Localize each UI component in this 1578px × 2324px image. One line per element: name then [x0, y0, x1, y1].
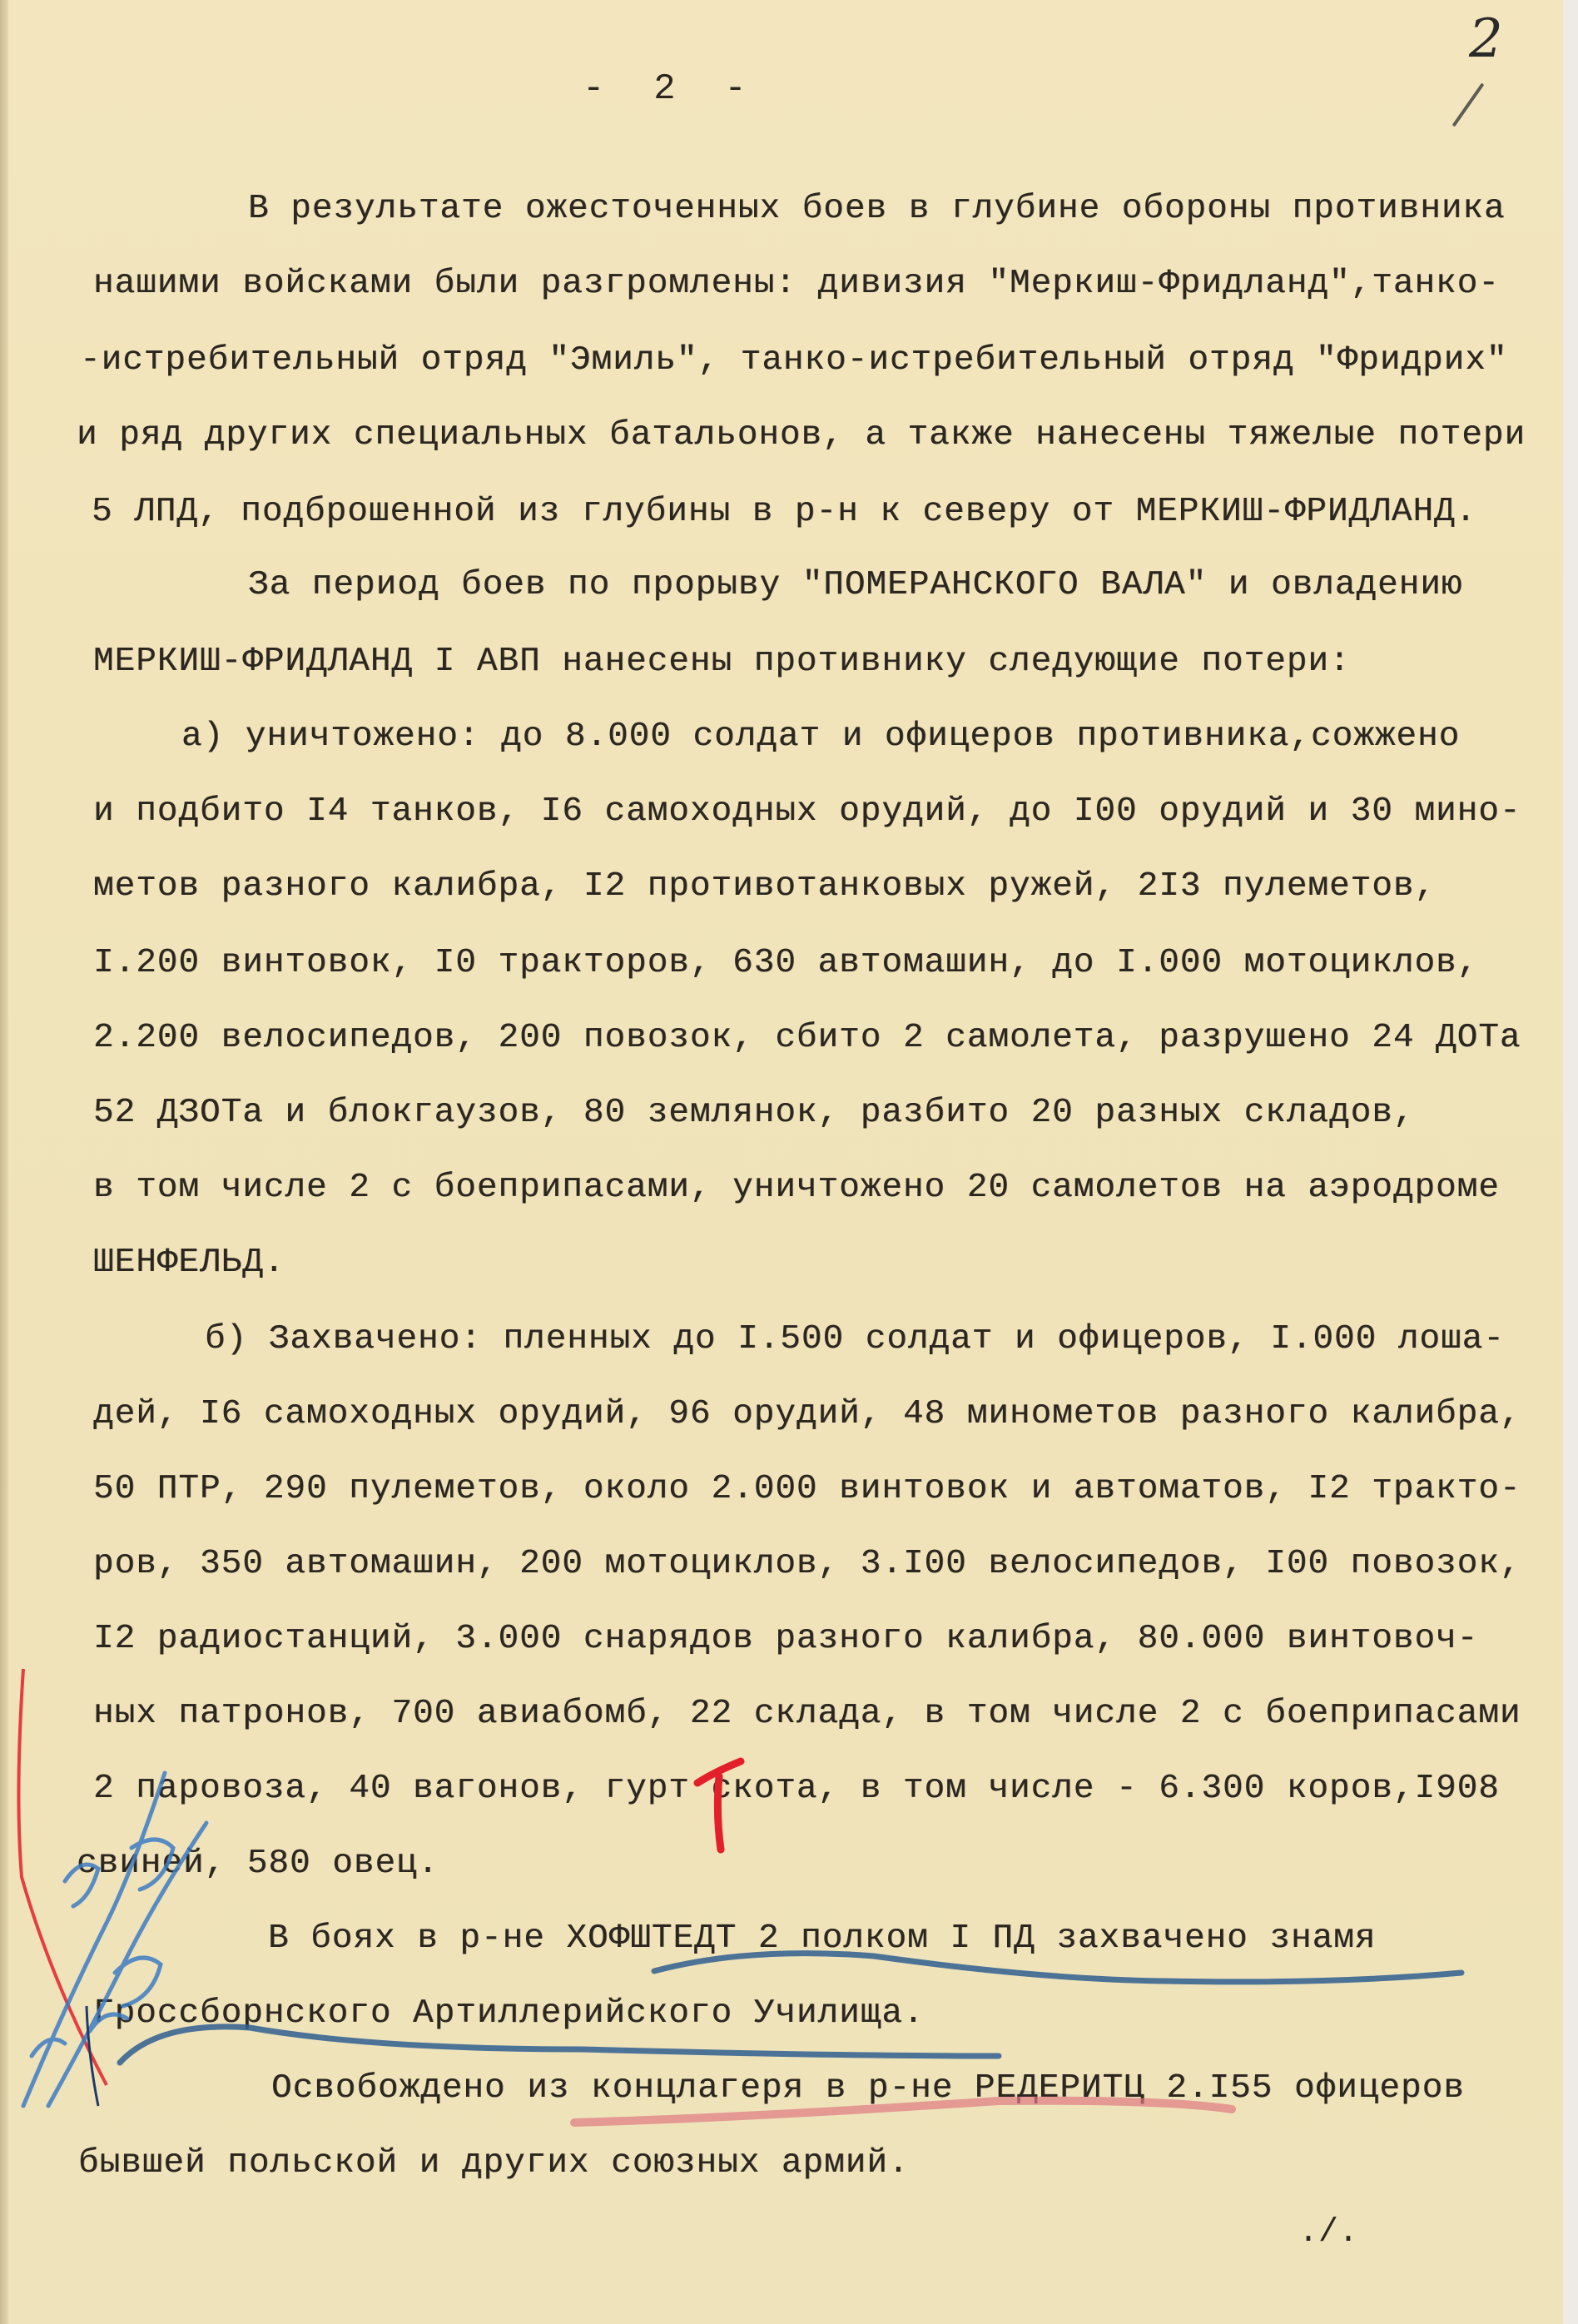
text-line: Освобождено из концлагеря в р-не РЕДЕРИТ…: [271, 2069, 1465, 2108]
text-line: нашими войсками были разгромлены: дивизи…: [93, 265, 1500, 303]
text-line: -истребительный отряд "Эмиль", танко-ист…: [80, 341, 1507, 380]
text-line: и ряд других специальных батальонов, а т…: [77, 416, 1526, 454]
text-line: I.200 винтовок, I0 тракторов, 630 автома…: [93, 944, 1478, 982]
pencil-tick-mark: [1452, 82, 1485, 127]
page-number: - 2 -: [583, 68, 748, 110]
text-line: 50 ПТР, 290 пулеметов, около 2.000 винто…: [93, 1470, 1521, 1508]
text-line: ШЕНФЕЛЬД.: [93, 1244, 285, 1282]
text-line: а) уничтожено: до 8.000 солдат и офицеро…: [181, 718, 1460, 756]
red-correction-mark: [691, 1755, 749, 1855]
text-line: В результате ожесточенных боев в глубине…: [248, 190, 1506, 228]
scan-background-strip: [1563, 0, 1578, 2324]
blue-margin-note: [15, 1756, 215, 2114]
text-line: метов разного калибра, I2 противотанковы…: [93, 867, 1436, 906]
text-line: дей, I6 самоходных орудий, 96 орудий, 48…: [93, 1395, 1521, 1433]
continuation-mark: ./.: [1298, 2214, 1358, 2252]
text-line: ров, 350 автомашин, 200 мотоциклов, 3.I0…: [93, 1545, 1521, 1583]
text-line: За период боев по прорыву "ПОМЕРАНСКОГО …: [248, 566, 1462, 604]
text-line: в том числе 2 с боеприпасами, уничтожено…: [93, 1169, 1500, 1207]
text-line: и подбито I4 танков, I6 самоходных оруди…: [93, 792, 1521, 831]
text-line: ных патронов, 700 авиабомб, 22 склада, в…: [93, 1695, 1521, 1733]
text-line: 5 ЛПД, подброшенной из глубины в р-н к с…: [92, 493, 1476, 531]
text-line: Гроссборнского Артиллерийского Училища.: [93, 1994, 925, 2033]
text-line: б) Захвачено: пленных до I.500 солдат и …: [205, 1320, 1505, 1358]
text-line: 52 ДЗОТа и блокгаузов, 80 землянок, разб…: [93, 1094, 1414, 1132]
text-line: 2.200 велосипедов, 200 повозок, сбито 2 …: [93, 1019, 1521, 1057]
text-line: I2 радиостанций, 3.000 снарядов разного …: [93, 1620, 1478, 1658]
archive-sheet-number: 2: [1469, 8, 1503, 70]
document-page: 2 - 2 - В результате ожесточенных боев в…: [0, 0, 1563, 2324]
text-line: бывшей польской и других союзных армий.: [78, 2144, 910, 2182]
text-line: 2 паровоза, 40 вагонов, гурт скота, в то…: [93, 1770, 1500, 1808]
text-line: МЕРКИШ-ФРИДЛАНД I АВП нанесены противник…: [93, 643, 1351, 681]
text-line: В боях в р-не ХОФШТЕДТ 2 полком I ПД зах…: [268, 1919, 1376, 1958]
